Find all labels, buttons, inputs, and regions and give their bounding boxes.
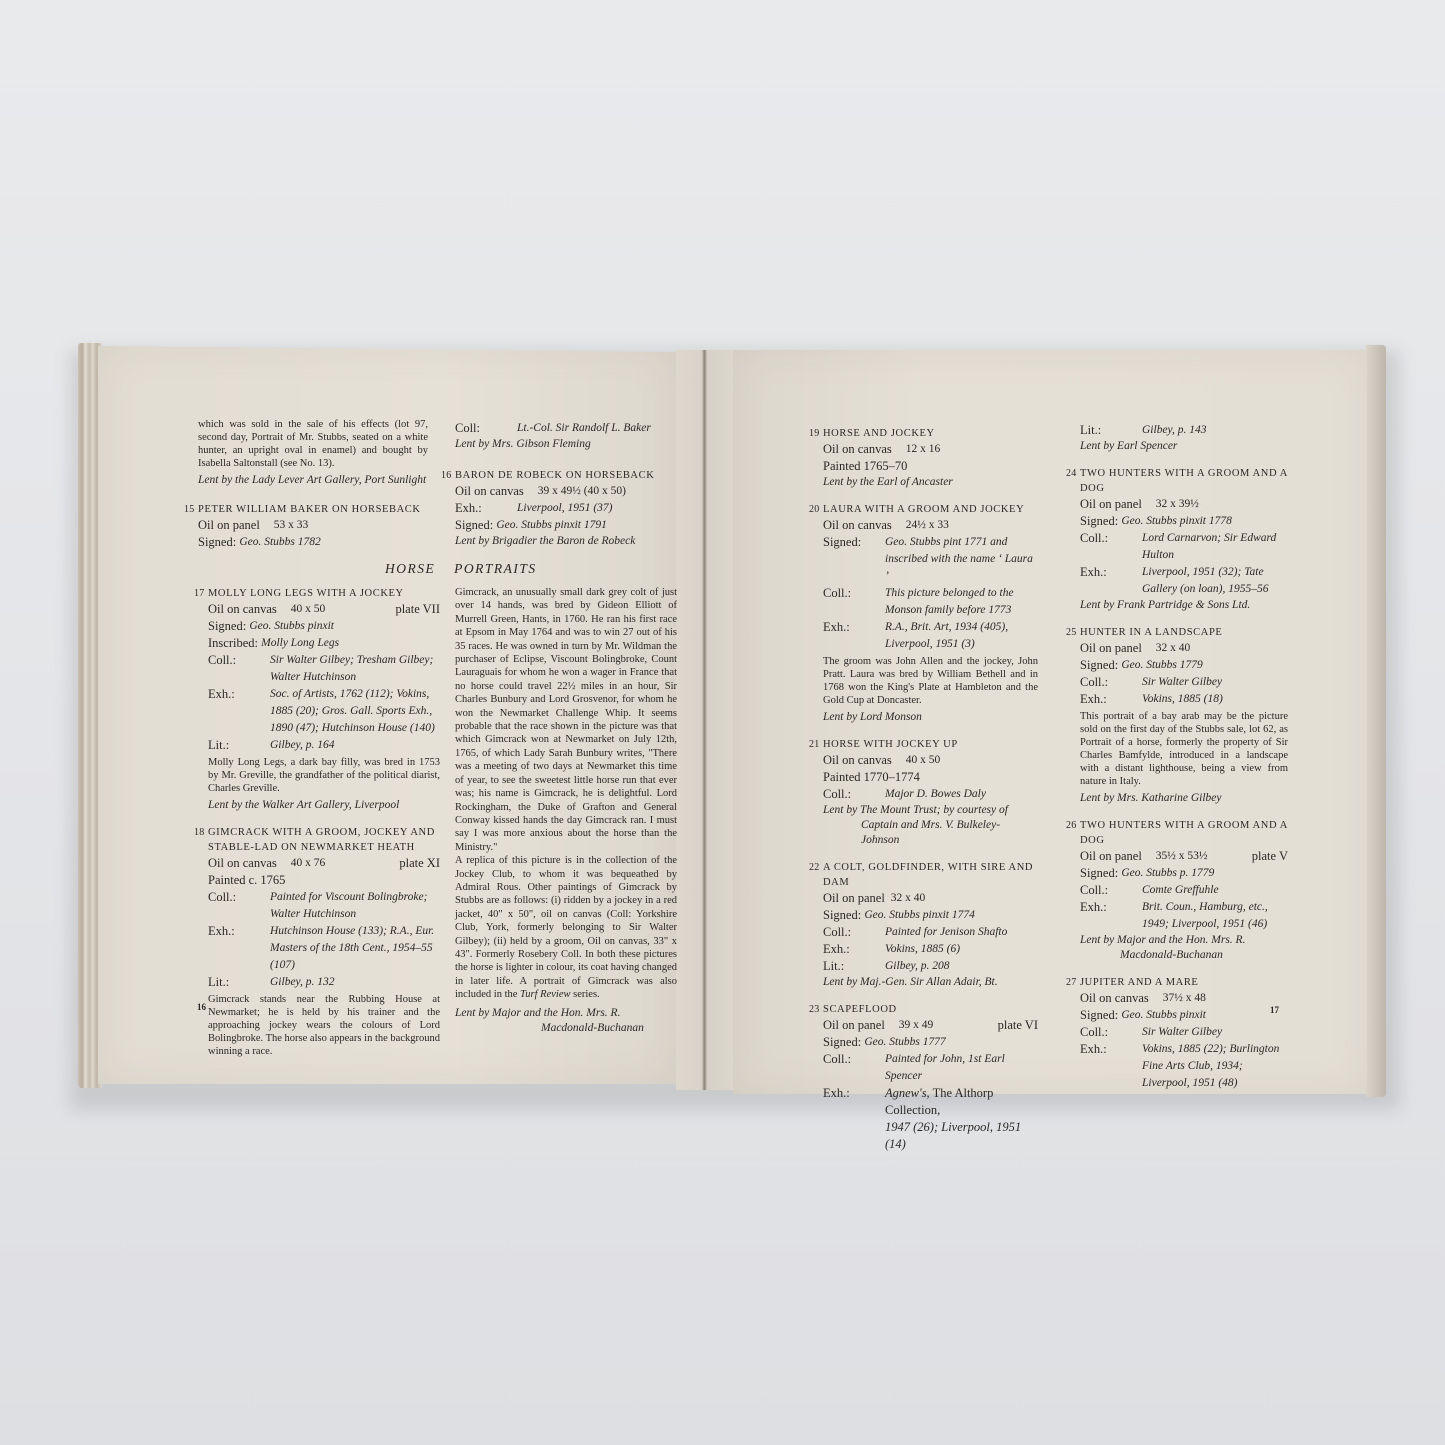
left-page-column-1-lower: 17Molly Long Legs with a Jockey Oil on c… <box>208 586 440 1070</box>
plate-number: plate XI <box>399 855 440 872</box>
lent-by: Lent by Major and the Hon. Mrs. R.Macdon… <box>1080 933 1288 963</box>
medium: Oil on panel <box>1080 640 1142 657</box>
signed-label: Signed: <box>1080 657 1118 674</box>
painted-date: Painted c. 1765 <box>208 872 285 889</box>
lent-by: Lent by Brigadier the Baron de Robeck <box>455 534 680 549</box>
lent-by: Lent by the Lady Lever Art Gallery, Port… <box>198 473 428 488</box>
lent-by-line-1: Lent by The Mount Trust; by courtesy of <box>823 804 1008 816</box>
collection-value: Lt.-Col. Sir Randolf L. Baker <box>517 420 651 437</box>
entry-note: The groom was John Allen and the jockey,… <box>823 655 1038 707</box>
right-page-stack-edge <box>1366 345 1386 1097</box>
dimensions: 32 x 40 <box>1156 640 1191 657</box>
catalogue-entry-27: 27Jupiter and a Mare Oil on canvas37½ x … <box>1080 975 1288 1092</box>
entry-note: Molly Long Legs, a dark bay filly, was b… <box>208 756 440 795</box>
entry-15-continued: Coll:Lt.-Col. Sir Randolf L. Baker Lent … <box>455 420 680 452</box>
entry-number: 27 <box>1066 975 1080 990</box>
collection-value: Painted for Viscount Bolingbroke; Walter… <box>270 889 440 923</box>
entry-title: Baron de Robeck on Horseback <box>455 468 654 483</box>
plate-number: plate VI <box>998 1017 1038 1034</box>
lent-by-line-2: Captain and Mrs. V. Bulkeley-Johnson <box>823 818 1038 848</box>
exhibition-label: Exh.: <box>1080 564 1142 598</box>
signed-label: Signed: <box>455 517 493 534</box>
publication-title: Turf Review <box>520 989 570 1000</box>
exhibition-value: Liverpool, 1951 (37) <box>517 500 613 517</box>
continuation-block: which was sold in the sale of his effect… <box>198 418 428 488</box>
dimensions: 40 x 50 <box>906 752 941 769</box>
medium: Oil on panel <box>198 517 260 534</box>
dimensions: 53 x 33 <box>274 517 309 534</box>
exhibition-label: Exh.: <box>1080 899 1142 933</box>
lent-by: Lent by Lord Monson <box>823 710 1038 725</box>
entry-note: This portrait of a bay arab may be the p… <box>1080 710 1288 788</box>
medium: Oil on canvas <box>823 517 892 534</box>
collection-value: Sir Walter Gilbey; Tresham Gilbey; Walte… <box>270 652 440 686</box>
signed-label: Signed: <box>198 534 236 551</box>
catalogue-entry-15: 15Peter William Baker on Horseback Oil o… <box>198 502 428 551</box>
catalogue-entry-16: 16Baron de Robeck on Horseback Oil on ca… <box>455 468 680 549</box>
collection-label: Coll.: <box>823 1051 885 1085</box>
catalogue-entry-26: 26Two Hunters with a Groom and a Dog Oil… <box>1080 818 1288 963</box>
dimensions: 24½ x 33 <box>906 517 949 534</box>
entry-title: Molly Long Legs with a Jockey <box>208 586 404 601</box>
signed-value: Geo. Stubbs p. 1779 <box>1121 865 1214 882</box>
right-page-column-1: 19Horse and Jockey Oil on canvas12 x 16 … <box>823 426 1038 1165</box>
catalogue-entry-17: 17Molly Long Legs with a Jockey Oil on c… <box>208 586 440 813</box>
entry-title: Hunter in a Landscape <box>1080 625 1222 640</box>
literature-value: Gilbey, p. 132 <box>270 974 335 991</box>
literature-label: Lit.: <box>823 958 885 975</box>
catalogue-entry-19: 19Horse and Jockey Oil on canvas12 x 16 … <box>823 426 1038 490</box>
catalogue-entry-24: 24Two Hunters with a Groom and a Dog Oil… <box>1080 466 1288 613</box>
lent-by: Lent by Mrs. Katharine Gilbey <box>1080 791 1288 806</box>
signed-value: Geo. Stubbs 1782 <box>239 534 320 551</box>
entry-title: Horse with Jockey Up <box>823 737 958 752</box>
entry-number: 23 <box>809 1002 823 1017</box>
entry-title: A Colt, Goldfinder, with Sire and Dam <box>823 860 1038 890</box>
signed-value: Geo. Stubbs 1777 <box>864 1034 945 1051</box>
collection-label: Coll: <box>455 420 517 437</box>
exhibition-value: Vokins, 1885 (18) <box>1142 691 1223 708</box>
left-page-column-2: Coll:Lt.-Col. Sir Randolf L. Baker Lent … <box>455 420 680 561</box>
lent-by: Lent by The Mount Trust; by courtesy ofC… <box>823 803 1038 848</box>
signed-value: Geo. Stubbs pinxit 1774 <box>864 907 975 924</box>
medium: Oil on panel <box>1080 496 1142 513</box>
collection-label: Coll.: <box>1080 674 1142 691</box>
signed-label: Signed: <box>823 907 861 924</box>
section-heading: HORSE PORTRAITS <box>385 561 537 577</box>
signed-value: Geo. Stubbs pinxit <box>249 618 334 635</box>
entry-number: 17 <box>194 586 208 601</box>
exhibition-value: Liverpool, 1951 (32); Tate Gallery (on l… <box>1142 564 1288 598</box>
collection-label: Coll.: <box>1080 1024 1142 1041</box>
dimensions: 37½ x 48 <box>1163 990 1206 1007</box>
signed-label: Signed: <box>1080 1007 1118 1024</box>
entry-number: 19 <box>809 426 823 441</box>
page-number-right: 17 <box>1270 1005 1279 1015</box>
signed-value: Geo. Stubbs pinxit 1791 <box>496 517 607 534</box>
literature-value: Gilbey, p. 164 <box>270 737 335 754</box>
medium: Oil on canvas <box>208 855 277 872</box>
entry-title: Gimcrack with a Groom, Jockey and Stable… <box>208 825 440 855</box>
collection-value: Painted for John, 1st Earl Spencer <box>885 1051 1038 1085</box>
exhibition-details: 1947 (26); Liverpool, 1951 (14) <box>885 1120 1021 1151</box>
entry-title: Horse and Jockey <box>823 426 935 441</box>
collection-label: Coll.: <box>208 889 270 923</box>
literature-value: Gilbey, p. 143 <box>1142 422 1207 439</box>
entry-title: Laura with a Groom and Jockey <box>823 502 1024 517</box>
signed-label: Signed: <box>823 534 885 585</box>
exhibition-value: Vokins, 1885 (6) <box>885 941 960 958</box>
inscribed-label: Inscribed: <box>208 635 258 652</box>
exhibition-label: Exh.: <box>823 1085 885 1153</box>
exhibition-gallery: Agnew's, <box>885 1086 930 1100</box>
catalogue-entry-20: 20Laura with a Groom and Jockey Oil on c… <box>823 502 1038 725</box>
exhibition-value: Agnew's, The Althorp Collection,1947 (26… <box>885 1085 1038 1153</box>
exhibition-label: Exh.: <box>1080 1041 1142 1092</box>
catalogue-entry-25: 25Hunter in a Landscape Oil on panel32 x… <box>1080 625 1288 806</box>
collection-label: Coll.: <box>1080 882 1142 899</box>
dimensions: 35½ x 53½ <box>1156 848 1208 865</box>
medium: Oil on canvas <box>208 601 277 618</box>
collection-value: Sir Walter Gilbey <box>1142 674 1222 691</box>
entry-number: 18 <box>194 825 208 855</box>
exhibition-value: R.A., Brit. Art, 1934 (405), Liverpool, … <box>885 619 1038 653</box>
entry-note: Gimcrack stands near the Rubbing House a… <box>208 993 440 1058</box>
exhibition-label: Exh.: <box>1080 691 1142 708</box>
catalogue-entry-21: 21Horse with Jockey Up Oil on canvas40 x… <box>823 737 1038 848</box>
lent-by-line-1: Lent by Major and the Hon. Mrs. R. <box>1080 934 1245 946</box>
left-page-column-1: which was sold in the sale of his effect… <box>198 416 428 563</box>
literature-label: Lit.: <box>208 974 270 991</box>
lent-by: Lent by Maj.-Gen. Sir Allan Adair, Bt. <box>823 975 1038 990</box>
painted-date: Painted 1765–70 <box>823 458 907 475</box>
entry-number: 26 <box>1066 818 1080 848</box>
signed-label: Signed: <box>208 618 246 635</box>
painted-date: Painted 1770–1774 <box>823 769 920 786</box>
collection-value: Major D. Bowes Daly <box>885 786 986 803</box>
medium: Oil on canvas <box>823 441 892 458</box>
plate-number: plate VII <box>395 601 440 618</box>
collection-label: Coll.: <box>823 786 885 803</box>
entry-number: 20 <box>809 502 823 517</box>
collection-value: Painted for Jenison Shafto <box>885 924 1007 941</box>
lent-by: Lent by Earl Spencer <box>1080 439 1288 454</box>
literature-value: Gilbey, p. 208 <box>885 958 950 975</box>
dimensions: 40 x 76 <box>291 855 326 872</box>
book-spine-gutter <box>676 350 733 1090</box>
medium: Oil on panel <box>1080 848 1142 865</box>
collection-label: Coll.: <box>823 924 885 941</box>
medium: Oil on canvas <box>823 752 892 769</box>
signed-value: Geo. Stubbs pinxit 1778 <box>1121 513 1232 530</box>
entry-title: Peter William Baker on Horseback <box>198 502 421 517</box>
literature-label: Lit.: <box>1080 422 1142 439</box>
lent-by: Lent by the Walker Art Gallery, Liverpoo… <box>208 798 440 813</box>
entry-number: 22 <box>809 860 823 890</box>
gimcrack-paragraph-2: A replica of this picture is in the coll… <box>455 854 677 1001</box>
lent-by: Lent by Mrs. Gibson Fleming <box>455 437 680 452</box>
dimensions: 39 x 49½ (40 x 50) <box>538 483 626 500</box>
dimensions: 39 x 49 <box>899 1017 934 1034</box>
lent-by-line-1: Lent by Major and the Hon. Mrs. R. <box>455 1007 620 1019</box>
catalogue-entry-22: 22A Colt, Goldfinder, with Sire and Dam … <box>823 860 1038 990</box>
page-number-left: 16 <box>197 1002 206 1012</box>
exhibition-label: Exh.: <box>455 500 517 517</box>
entry-number: 24 <box>1066 466 1080 496</box>
entry-23-continued: Lit.:Gilbey, p. 143 Lent by Earl Spencer <box>1080 422 1288 454</box>
exhibition-value: Vokins, 1885 (22); Burlington Fine Arts … <box>1142 1041 1288 1092</box>
lent-by-line-2: Macdonald-Buchanan <box>1080 948 1288 963</box>
medium: Oil on canvas <box>1080 990 1149 1007</box>
collection-value: Lord Carnarvon; Sir Edward Hulton <box>1142 530 1288 564</box>
paragraph-end: series. <box>573 989 600 1000</box>
collection-value: Comte Greffuhle <box>1142 882 1219 899</box>
collection-label: Coll.: <box>823 585 885 619</box>
paragraph-text: A replica of this picture is in the coll… <box>455 855 677 1000</box>
signed-label: Signed: <box>1080 513 1118 530</box>
gimcrack-paragraph-1: Gimcrack, an unusually small dark grey c… <box>455 586 677 854</box>
entry-title: Two Hunters with a Groom and a Dog <box>1080 818 1288 848</box>
right-page-column-2: Lit.:Gilbey, p. 143 Lent by Earl Spencer… <box>1080 422 1288 1104</box>
lent-by: Lent by Frank Partridge & Sons Ltd. <box>1080 598 1288 613</box>
medium: Oil on panel <box>823 890 885 907</box>
exhibition-label: Exh.: <box>208 686 270 737</box>
exhibition-value: Brit. Coun., Hamburg, etc., 1949; Liverp… <box>1142 899 1288 933</box>
inscribed-value: Molly Long Legs <box>261 635 339 652</box>
exhibition-label: Exh.: <box>823 941 885 958</box>
exhibition-label: Exh.: <box>823 619 885 653</box>
entry-title: Jupiter and a Mare <box>1080 975 1198 990</box>
medium: Oil on canvas <box>455 483 524 500</box>
medium: Oil on panel <box>823 1017 885 1034</box>
exhibition-value: Soc. of Artists, 1762 (112); Vokins, 188… <box>270 686 440 737</box>
dimensions: 12 x 16 <box>906 441 941 458</box>
signed-value: Geo. Stubbs 1779 <box>1121 657 1202 674</box>
plate-number: plate V <box>1252 848 1288 865</box>
catalogue-entry-23: 23Scapeflood Oil on panel39 x 49plate VI… <box>823 1002 1038 1153</box>
catalogue-entry-18: 18Gimcrack with a Groom, Jockey and Stab… <box>208 825 440 1058</box>
dimensions: 32 x 39½ <box>1156 496 1199 513</box>
collection-label: Coll.: <box>1080 530 1142 564</box>
entry-number: 21 <box>809 737 823 752</box>
collection-label: Coll.: <box>208 652 270 686</box>
exhibition-label: Exh.: <box>208 923 270 974</box>
entry-number: 15 <box>184 502 198 517</box>
continuation-text: which was sold in the sale of his effect… <box>198 418 428 470</box>
signed-label: Signed: <box>823 1034 861 1051</box>
dimensions: 40 x 50 <box>291 601 326 618</box>
left-page-column-2-lower: Gimcrack, an unusually small dark grey c… <box>455 586 677 1036</box>
lent-by-line-2: Macdonald-Buchanan <box>455 1021 677 1036</box>
lent-by: Lent by Major and the Hon. Mrs. R.Macdon… <box>455 1006 677 1036</box>
literature-label: Lit.: <box>208 737 270 754</box>
lent-by: Lent by the Earl of Ancaster <box>823 475 1038 490</box>
signed-value: Geo. Stubbs pint 1771 and inscribed with… <box>885 534 1038 585</box>
collection-value: Sir Walter Gilbey <box>1142 1024 1222 1041</box>
signed-label: Signed: <box>1080 865 1118 882</box>
dimensions: 32 x 40 <box>891 890 926 907</box>
entry-number: 16 <box>441 468 455 483</box>
entry-number: 25 <box>1066 625 1080 640</box>
signed-value: Geo. Stubbs pinxit <box>1121 1007 1206 1024</box>
collection-value: This picture belonged to the Monson fami… <box>885 585 1038 619</box>
exhibition-value: Hutchinson House (133); R.A., Eur. Maste… <box>270 923 440 974</box>
entry-title: Scapeflood <box>823 1002 897 1017</box>
entry-title: Two Hunters with a Groom and a Dog <box>1080 466 1288 496</box>
